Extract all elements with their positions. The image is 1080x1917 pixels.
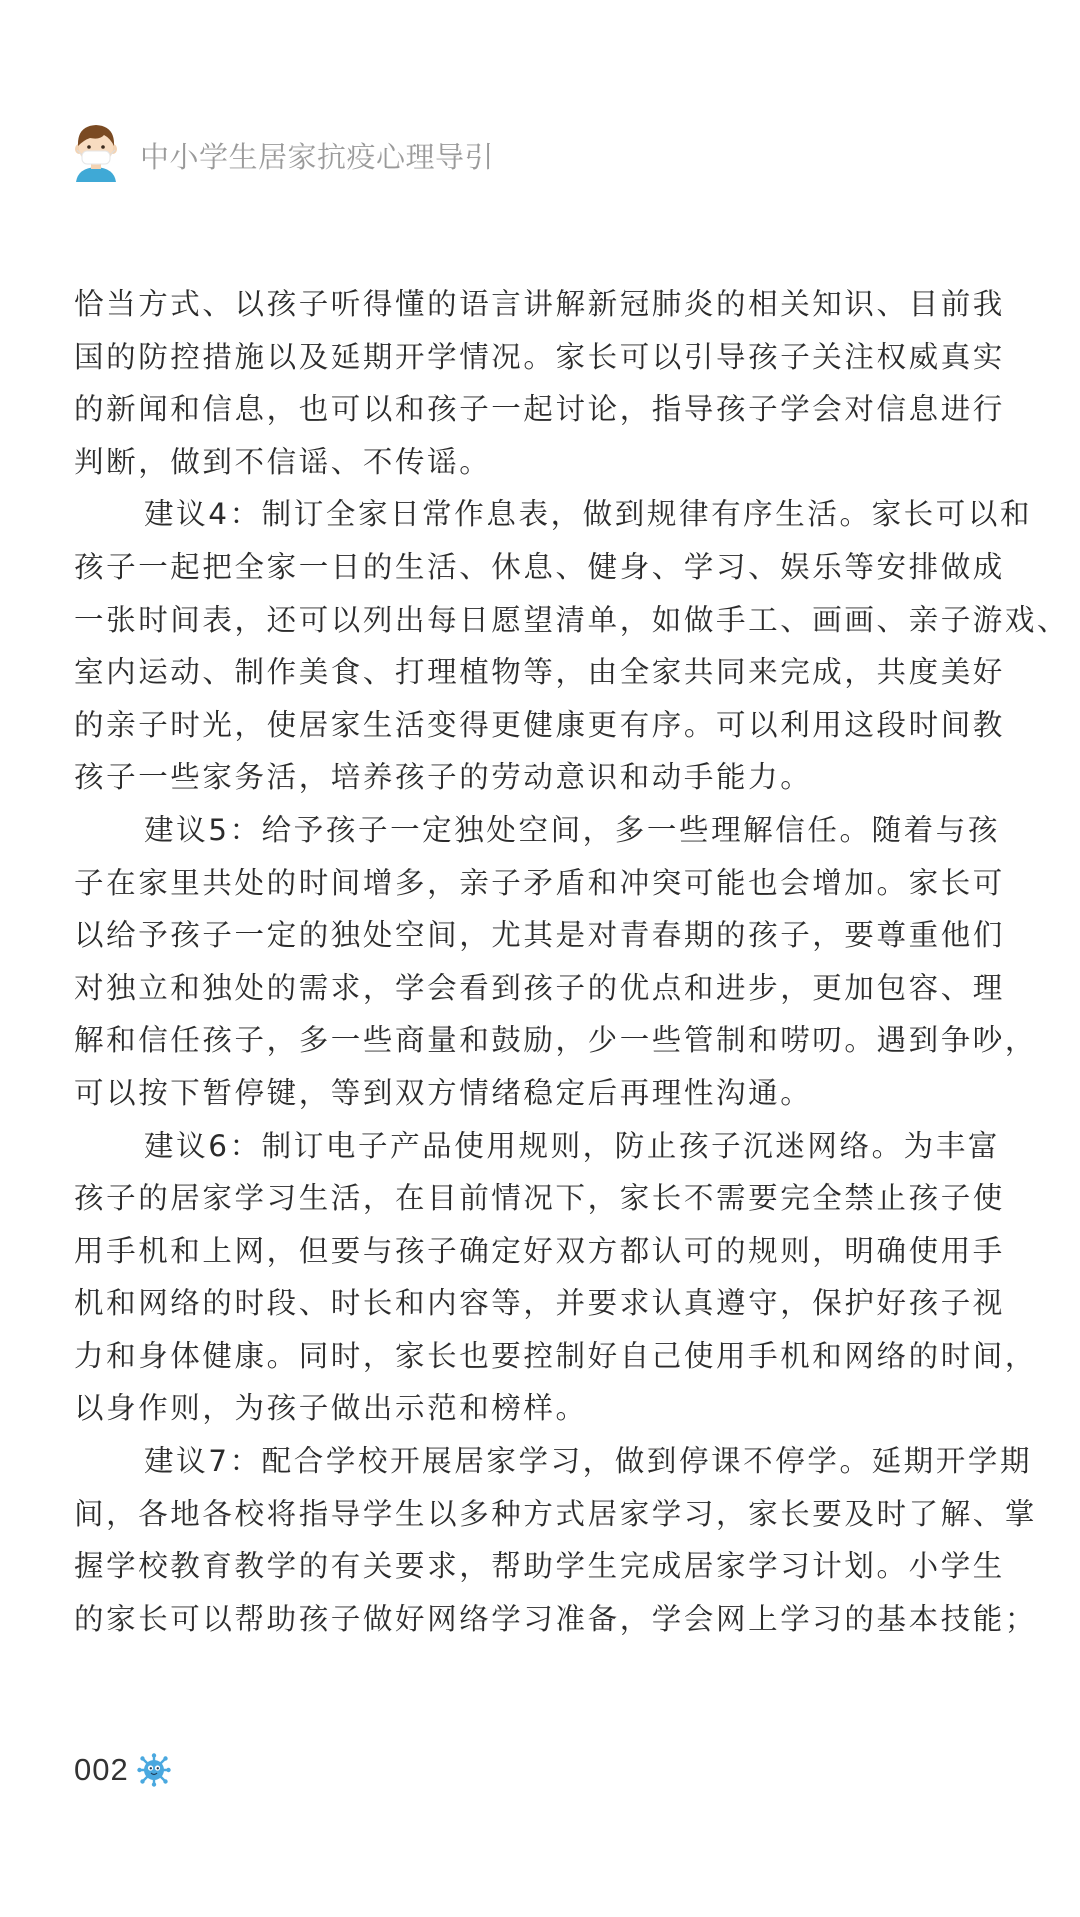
text-line: 建议6：制订电子产品使用规则，防止孩子沉迷网络。为丰富: [74, 1120, 994, 1173]
text-line: 的新闻和信息，也可以和孩子一起讨论，指导孩子学会对信息进行: [74, 383, 994, 436]
masked-child-avatar-icon: [72, 122, 120, 182]
text-line: 国的防控措施以及延期开学情况。家长可以引导孩子关注权威真实: [74, 331, 994, 384]
text-line: 孩子的居家学习生活，在目前情况下，家长不需要完全禁止孩子使: [74, 1172, 994, 1225]
text-line: 可以按下暂停键，等到双方情绪稳定后再理性沟通。: [74, 1067, 994, 1120]
paragraph-suggestion-6: 建议6：制订电子产品使用规则，防止孩子沉迷网络。为丰富 孩子的居家学习生活，在目…: [74, 1120, 994, 1436]
paragraph-continuation: 恰当方式、以孩子听得懂的语言讲解新冠肺炎的相关知识、目前我 国的防控措施以及延期…: [74, 278, 994, 488]
text-line: 一张时间表，还可以列出每日愿望清单，如做手工、画画、亲子游戏、: [74, 594, 994, 647]
text-line: 以身作则，为孩子做出示范和榜样。: [74, 1382, 994, 1435]
document-body: 恰当方式、以孩子听得懂的语言讲解新冠肺炎的相关知识、目前我 国的防控措施以及延期…: [74, 278, 994, 1645]
text-line: 的亲子时光，使居家生活变得更健康更有序。可以利用这段时间教: [74, 699, 994, 752]
text-line: 对独立和独处的需求，学会看到孩子的优点和进步，更加包容、理: [74, 962, 994, 1015]
text-line: 以给予孩子一定的独处空间，尤其是对青春期的孩子，要尊重他们: [74, 909, 994, 962]
text-line: 用手机和上网，但要与孩子确定好双方都认可的规则，明确使用手: [74, 1225, 994, 1278]
text-line: 恰当方式、以孩子听得懂的语言讲解新冠肺炎的相关知识、目前我: [74, 278, 994, 331]
document-title: 中小学生居家抗疫心理导引: [140, 135, 494, 176]
text-line: 建议4：制订全家日常作息表，做到规律有序生活。家长可以和: [74, 488, 994, 541]
virus-mascot-icon: [137, 1753, 171, 1787]
text-line: 建议7：配合学校开展居家学习，做到停课不停学。延期开学期: [74, 1435, 994, 1488]
text-line: 握学校教育教学的有关要求，帮助学生完成居家学习计划。小学生: [74, 1540, 994, 1593]
text-line: 孩子一起把全家一日的生活、休息、健身、学习、娱乐等安排做成: [74, 541, 994, 594]
text-line: 机和网络的时段、时长和内容等，并要求认真遵守，保护好孩子视: [74, 1277, 994, 1330]
text-line: 力和身体健康。同时，家长也要控制好自己使用手机和网络的时间，: [74, 1330, 994, 1383]
text-line: 子在家里共处的时间增多，亲子矛盾和冲突可能也会增加。家长可: [74, 857, 994, 910]
text-line: 的家长可以帮助孩子做好网络学习准备，学会网上学习的基本技能；: [74, 1593, 994, 1646]
text-line: 建议5：给予孩子一定独处空间，多一些理解信任。随着与孩: [74, 804, 994, 857]
paragraph-suggestion-7: 建议7：配合学校开展居家学习，做到停课不停学。延期开学期 间，各地各校将指导学生…: [74, 1435, 994, 1645]
paragraph-suggestion-5: 建议5：给予孩子一定独处空间，多一些理解信任。随着与孩 子在家里共处的时间增多，…: [74, 804, 994, 1120]
text-line: 间，各地各校将指导学生以多种方式居家学习，家长要及时了解、掌: [74, 1488, 994, 1541]
page-header: 中小学生居家抗疫心理导引: [72, 120, 494, 184]
paragraph-suggestion-4: 建议4：制订全家日常作息表，做到规律有序生活。家长可以和 孩子一起把全家一日的生…: [74, 488, 994, 804]
page-footer: 002: [74, 1752, 171, 1788]
text-line: 孩子一些家务活，培养孩子的劳动意识和动手能力。: [74, 751, 994, 804]
text-line: 室内运动、制作美食、打理植物等，由全家共同来完成，共度美好: [74, 646, 994, 699]
text-line: 判断，做到不信谣、不传谣。: [74, 436, 994, 489]
text-line: 解和信任孩子，多一些商量和鼓励，少一些管制和唠叨。遇到争吵，: [74, 1014, 994, 1067]
page-number: 002: [74, 1752, 129, 1788]
